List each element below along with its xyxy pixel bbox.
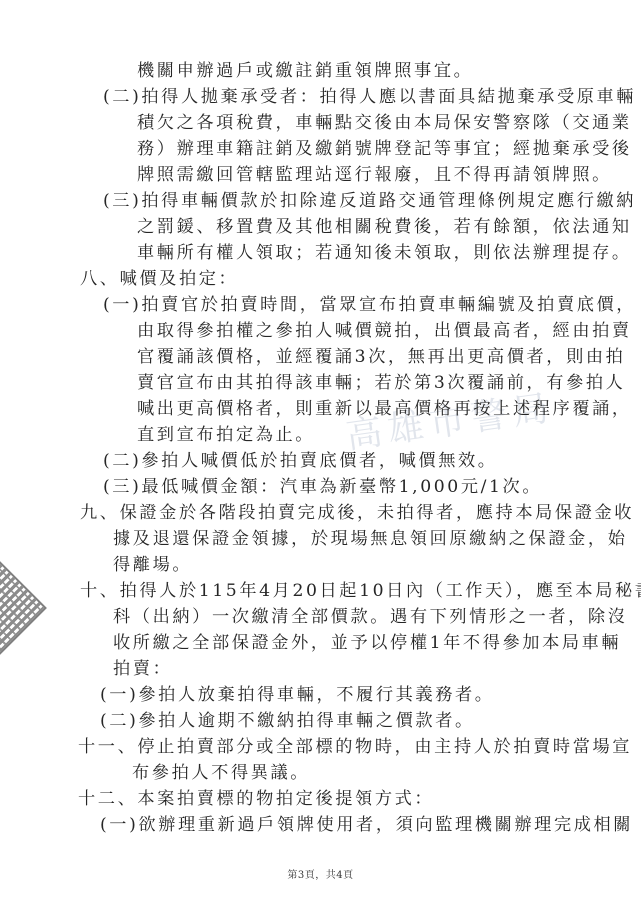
text-line: 積欠之各項稅費，車輛點交後由本局保安警察隊（交通業 [137,112,632,134]
text-line: 十二、本案拍賣標的物拍定後提領方式： [78,788,434,810]
page-number: 第3頁，共4頁 [0,866,641,881]
text-line: 十一、停止拍賣部分或全部標的物時，由主持人於拍賣時當場宣 [78,736,632,758]
text-line: 拍賣： [113,658,172,680]
text-line: 八、喊價及拍定： [80,268,238,290]
text-line: 由取得參拍權之參拍人喊價競拍，出價最高者，經由拍賣 [137,320,632,342]
text-line: 科（出納）一次繳清全部價款。遇有下列情形之一者，除沒 [113,606,627,628]
text-line: 布參拍人不得異議。 [132,762,310,784]
seal-stamp-icon [0,557,47,659]
text-line: 車輛所有權人領取；若通知後未領取，則依法辦理提存。 [137,242,632,264]
text-line: 十、拍得人於115年4月20日起10日內（工作天），應至本局秘書 [80,580,641,602]
text-line: 之罰鍰、移置費及其他相關稅費後，若有餘額，依法通知 [137,216,632,238]
text-line: 喊出更高價格者，則重新以最高價格再按上述程序覆誦， [137,398,632,420]
text-line: 官覆誦該價格，並經覆誦3次，無再出更高價者，則由拍 [137,346,625,368]
text-line: 牌照需繳回管轄監理站逕行報廢，且不得再請領牌照。 [137,164,612,186]
text-line: (一)參拍人放棄拍得車輛，不履行其義務者。 [100,684,495,706]
text-line: (三)拍得車輛價款於扣除違反道路交通管理條例規定應行繳納 [103,190,636,212]
text-line: 賣官宣布由其拍得該車輛；若於第3次覆誦前，有參拍人 [137,372,625,394]
text-line: 據及退還保證金領據，於現場無息領回原繳納之保證金，始 [113,528,627,550]
text-line: 直到宣布拍定為止。 [137,424,315,446]
text-line: (二)參拍人逾期不繳納拍得車輛之價款者。 [100,710,475,732]
text-line: (一)拍賣官於拍賣時間，當眾宣布拍賣車輛編號及拍賣底價， [103,294,636,316]
text-line: 得離場。 [113,554,192,576]
text-line: 收所繳之全部保證金外，並予以停權1年不得參加本局車輛 [113,632,621,654]
text-line: (二)參拍人喊價低於拍賣底價者，喊價無效。 [103,450,498,472]
text-line: 九、保證金於各階段拍賣完成後，未拍得者，應持本局保證金收 [80,502,634,524]
text-line: (二)拍得人拋棄承受者：拍得人應以書面具結拋棄承受原車輛 [103,86,636,108]
document-page: 高雄市警局 機關申辦過戶或繳註銷重領牌照事宜。(二)拍得人拋棄承受者：拍得人應以… [0,0,641,900]
text-line: 機關申辦過戶或繳註銷重領牌照事宜。 [137,60,473,82]
text-line: (三)最低喊價金額：汽車為新臺幣1,000元/1次。 [103,476,542,498]
text-line: (一)欲辦理重新過戶領牌使用者，須向監理機關辦理完成相關 [100,814,633,836]
text-line: 務）辦理車籍註銷及繳銷號牌登記等事宜；經拋棄承受後 [137,138,632,160]
